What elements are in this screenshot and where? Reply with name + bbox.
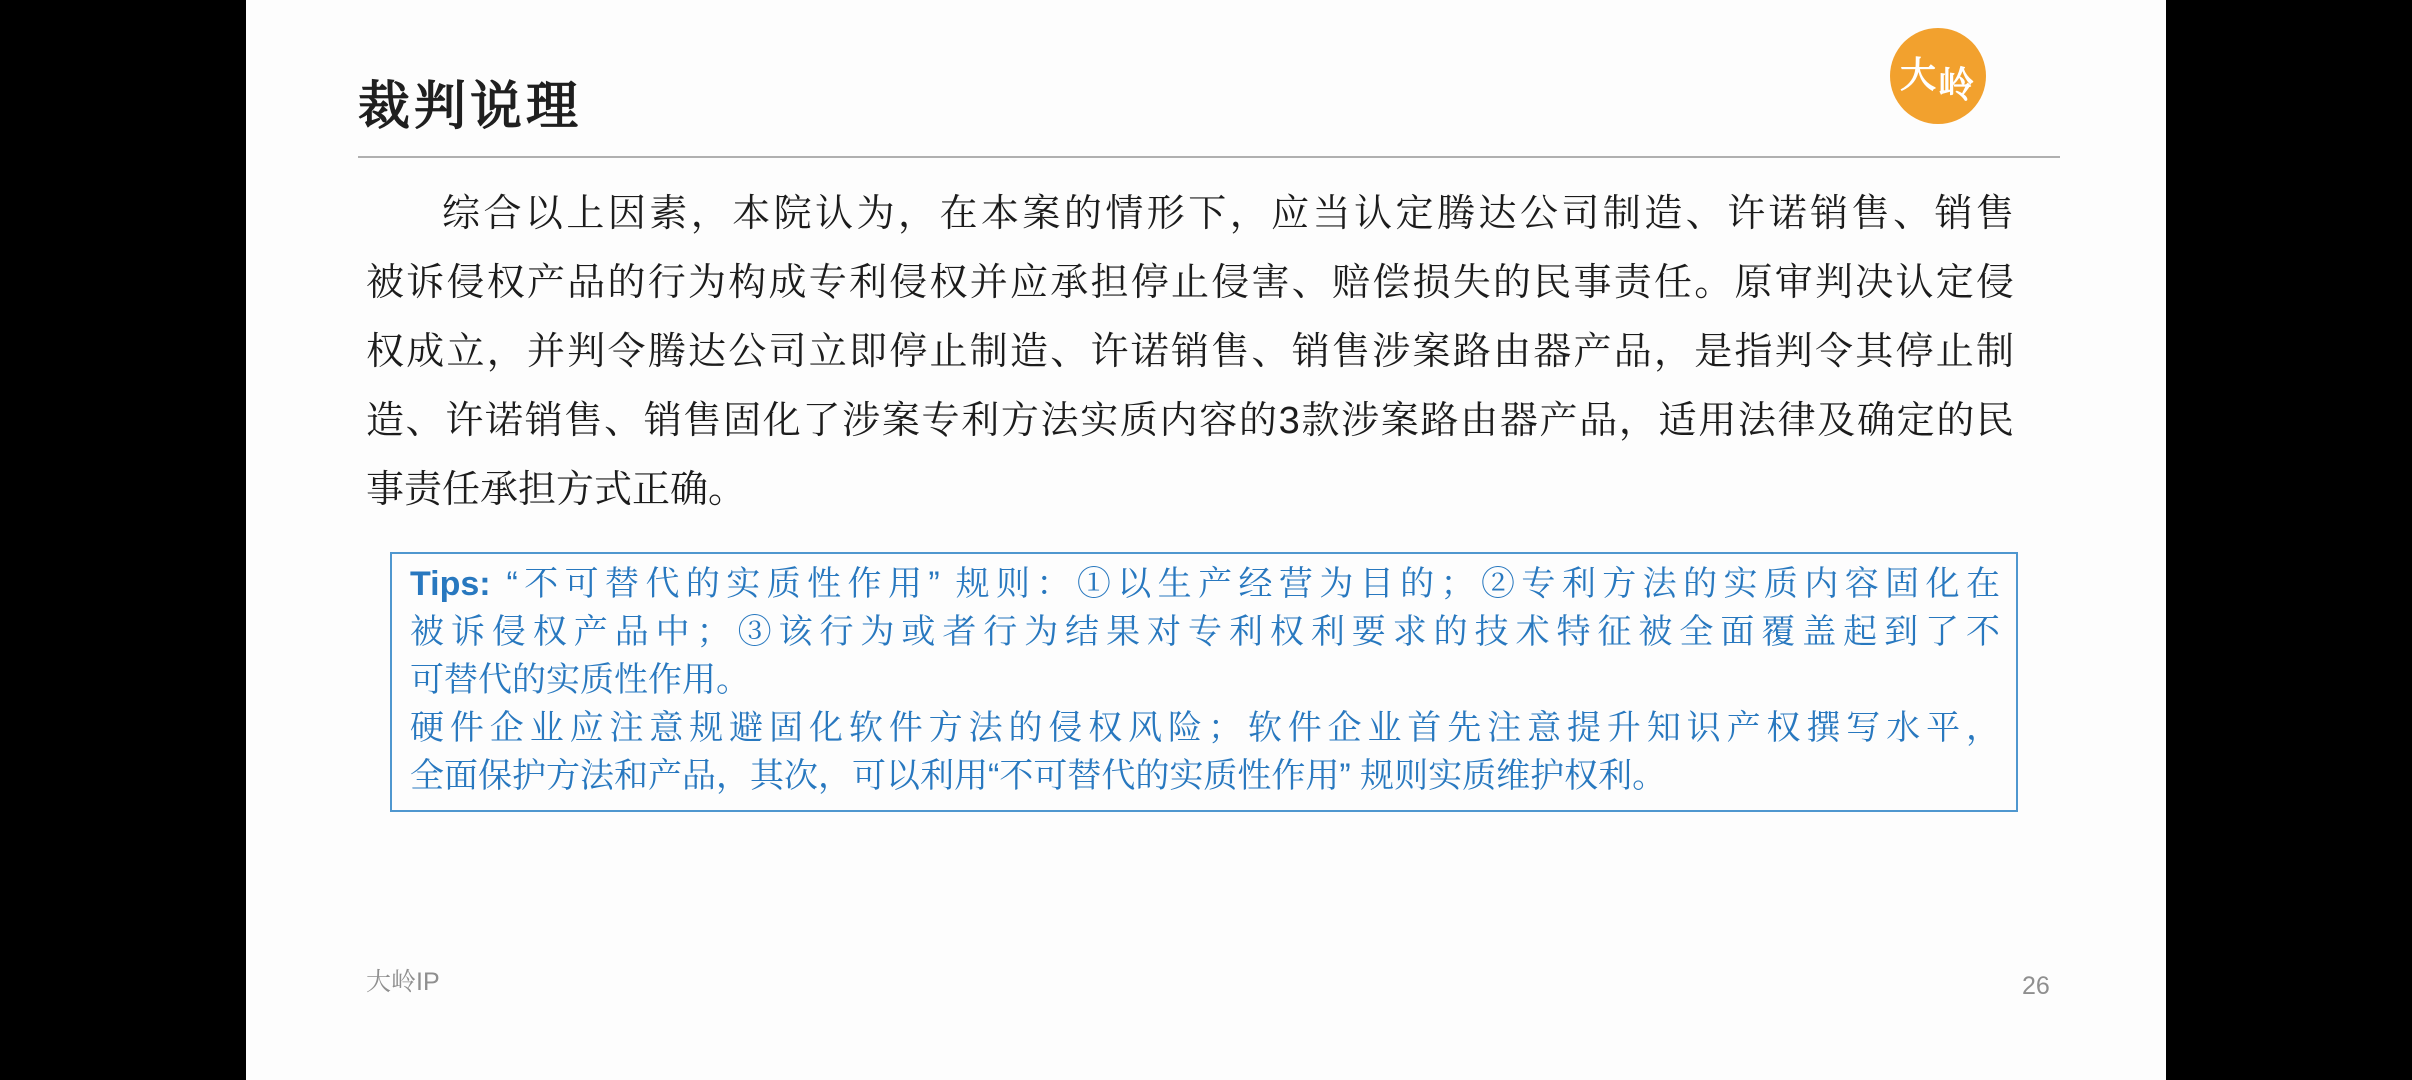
judgment-paragraph: 综合以上因素，本院认为，在本案的情形下，应当认定腾达公司制造、许诺销售、销售 被…: [366, 180, 2014, 525]
tips-line: 全面保护方法和产品，其次，可以利用“不可替代的实质性作用” 规则实质维护权利。: [410, 752, 2000, 800]
paragraph-line: 被诉侵权产品的行为构成专利侵权并应承担停止侵害、赔偿损失的民事责任。原审判决认定…: [366, 249, 2014, 318]
tips-box: Tips: “不可替代的实质性作用” 规则：①以生产经营为目的；②专利方法的实质…: [390, 552, 2018, 812]
tips-line: 可替代的实质性作用。: [410, 656, 2000, 704]
paragraph-line: 造、许诺销售、销售固化了涉案专利方法实质内容的3款涉案路由器产品，适用法律及确定…: [366, 387, 2014, 456]
title-divider: [358, 156, 2060, 158]
tips-line: 被诉侵权产品中；③该行为或者行为结果对专利权利要求的技术特征被全面覆盖起到了不: [410, 608, 2000, 656]
presentation-slide: 大 岭 裁判说理 综合以上因素，本院认为，在本案的情形下，应当认定腾达公司制造、…: [246, 0, 2166, 1080]
paragraph-line: 事责任承担方式正确。: [366, 456, 2014, 525]
logo-text: 大: [1900, 47, 1938, 98]
footer-brand: 大岭IP: [366, 962, 440, 998]
tips-line: Tips: “不可替代的实质性作用” 规则：①以生产经营为目的；②专利方法的实质…: [410, 560, 2000, 608]
paragraph-line: 综合以上因素，本院认为，在本案的情形下，应当认定腾达公司制造、许诺销售、销售: [366, 180, 2014, 249]
page-number: 26: [2022, 972, 2050, 1001]
logo-text: 岭: [1938, 57, 1976, 108]
tips-line: 硬件企业应注意规避固化软件方法的侵权风险；软件企业首先注意提升知识产权撰写水平，: [410, 704, 2000, 752]
page-title: 裁判说理: [358, 64, 582, 139]
tips-label: Tips:: [410, 565, 491, 603]
daling-logo: 大 岭: [1890, 28, 1986, 124]
tips-line-text: “不可替代的实质性作用” 规则：①以生产经营为目的；②专利方法的实质内容固化在: [491, 565, 2000, 603]
paragraph-line: 权成立，并判令腾达公司立即停止制造、许诺销售、销售涉案路由器产品，是指判令其停止…: [366, 318, 2014, 387]
